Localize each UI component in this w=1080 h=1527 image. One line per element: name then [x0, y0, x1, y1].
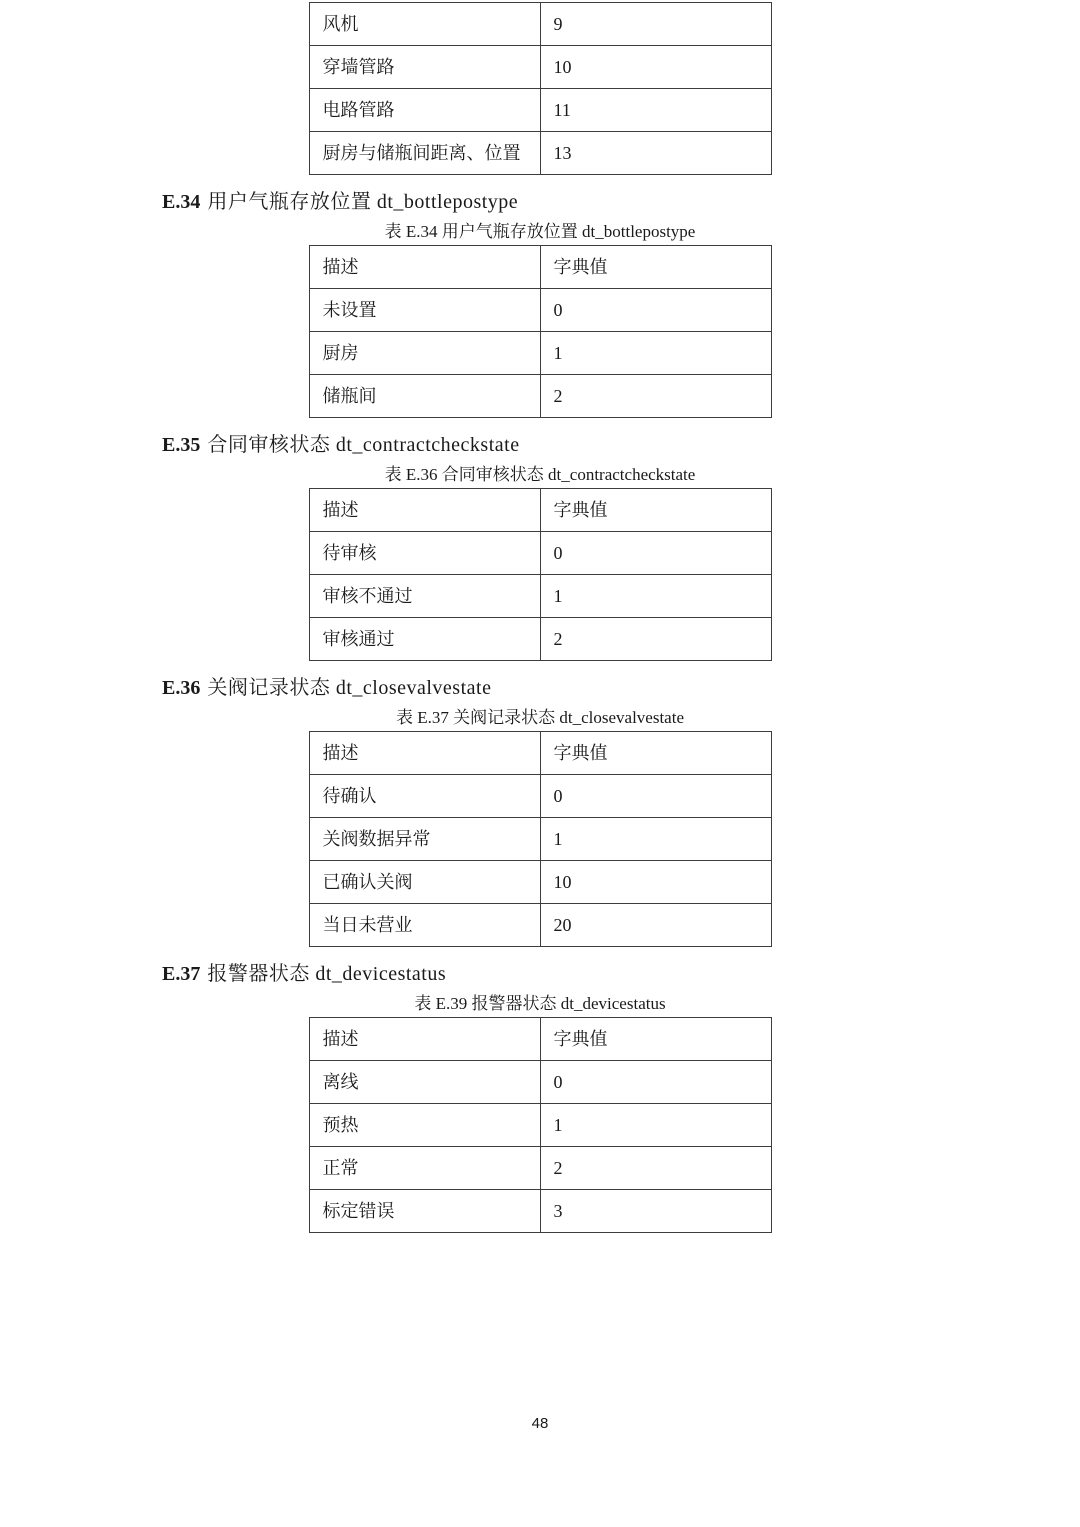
table-row: 正常 2 [309, 1147, 771, 1190]
value-cell: 0 [540, 1061, 771, 1104]
header-cell-value: 字典值 [540, 246, 771, 289]
value-cell: 1 [540, 1104, 771, 1147]
heading-number: E.37 [162, 963, 200, 985]
value-cell: 10 [540, 46, 771, 89]
table-caption: 表 E.36 合同审核状态 dt_contractcheckstate [0, 464, 1080, 486]
table-row: 已确认关阀 10 [309, 861, 771, 904]
header-cell-value: 字典值 [540, 732, 771, 775]
description-cell: 厨房 [309, 332, 540, 375]
section-e36: E.36关阀记录状态 dt_closevalvestate 表 E.37 关阀记… [0, 673, 1080, 947]
section-heading: E.34用户气瓶存放位置 dt_bottlepostype [162, 187, 1080, 217]
heading-number: E.36 [162, 677, 200, 699]
table-row: 关阀数据异常 1 [309, 818, 771, 861]
table-row: 厨房 1 [309, 332, 771, 375]
dictionary-table-e35: 描述 字典值 待审核 0 审核不通过 1 审核通过 2 [309, 488, 772, 661]
value-cell: 1 [540, 818, 771, 861]
dictionary-table-e34: 描述 字典值 未设置 0 厨房 1 储瓶间 2 [309, 245, 772, 418]
table-caption: 表 E.34 用户气瓶存放位置 dt_bottlepostype [0, 221, 1080, 243]
table-row: 审核通过 2 [309, 618, 771, 661]
value-cell: 1 [540, 575, 771, 618]
heading-text: 报警器状态 dt_devicestatus [207, 963, 446, 985]
header-cell-value: 字典值 [540, 1018, 771, 1061]
header-cell-description: 描述 [309, 246, 540, 289]
table-row: 预热 1 [309, 1104, 771, 1147]
header-cell-description: 描述 [309, 732, 540, 775]
value-cell: 0 [540, 532, 771, 575]
value-cell: 2 [540, 375, 771, 418]
table-row: 电路管路 11 [309, 89, 771, 132]
section-heading: E.37报警器状态 dt_devicestatus [162, 959, 1080, 989]
table-row: 厨房与储瓶间距离、位置 13 [309, 132, 771, 175]
description-cell: 审核通过 [309, 618, 540, 661]
section-e35: E.35合同审核状态 dt_contractcheckstate 表 E.36 … [0, 430, 1080, 661]
description-cell: 审核不通过 [309, 575, 540, 618]
value-cell: 1 [540, 332, 771, 375]
value-cell: 0 [540, 289, 771, 332]
table-row: 未设置 0 [309, 289, 771, 332]
value-cell: 13 [540, 132, 771, 175]
description-cell: 当日未营业 [309, 904, 540, 947]
description-cell: 关阀数据异常 [309, 818, 540, 861]
value-cell: 2 [540, 1147, 771, 1190]
description-cell: 未设置 [309, 289, 540, 332]
header-cell-description: 描述 [309, 1018, 540, 1061]
heading-text: 关阀记录状态 dt_closevalvestate [207, 677, 491, 699]
value-cell: 9 [540, 3, 771, 46]
heading-number: E.34 [162, 191, 200, 213]
dictionary-table-e37: 描述 字典值 离线 0 预热 1 正常 2 标定错误 3 [309, 1017, 772, 1233]
value-cell: 3 [540, 1190, 771, 1233]
heading-number: E.35 [162, 434, 200, 456]
description-cell: 已确认关阀 [309, 861, 540, 904]
description-cell: 风机 [309, 3, 540, 46]
table-row: 标定错误 3 [309, 1190, 771, 1233]
table-caption: 表 E.37 关阀记录状态 dt_closevalvestate [0, 707, 1080, 729]
heading-text: 合同审核状态 dt_contractcheckstate [207, 434, 519, 456]
value-cell: 11 [540, 89, 771, 132]
section-heading: E.35合同审核状态 dt_contractcheckstate [162, 430, 1080, 460]
table-header-row: 描述 字典值 [309, 732, 771, 775]
description-cell: 电路管路 [309, 89, 540, 132]
section-heading: E.36关阀记录状态 dt_closevalvestate [162, 673, 1080, 703]
description-cell: 离线 [309, 1061, 540, 1104]
table-header-row: 描述 字典值 [309, 246, 771, 289]
table-row: 风机 9 [309, 3, 771, 46]
table-header-row: 描述 字典值 [309, 489, 771, 532]
description-cell: 厨房与储瓶间距离、位置 [309, 132, 540, 175]
header-cell-value: 字典值 [540, 489, 771, 532]
dictionary-table-e36: 描述 字典值 待确认 0 关阀数据异常 1 已确认关阀 10 当日未营业 20 [309, 731, 772, 947]
table-header-row: 描述 字典值 [309, 1018, 771, 1061]
table-row: 待确认 0 [309, 775, 771, 818]
table-row: 离线 0 [309, 1061, 771, 1104]
description-cell: 穿墙管路 [309, 46, 540, 89]
section-e34: E.34用户气瓶存放位置 dt_bottlepostype 表 E.34 用户气… [0, 187, 1080, 418]
description-cell: 预热 [309, 1104, 540, 1147]
description-cell: 正常 [309, 1147, 540, 1190]
description-cell: 储瓶间 [309, 375, 540, 418]
header-cell-description: 描述 [309, 489, 540, 532]
value-cell: 10 [540, 861, 771, 904]
table-row: 待审核 0 [309, 532, 771, 575]
document-page: 风机 9 穿墙管路 10 电路管路 11 厨房与储瓶间距离、位置 13 E.34… [0, 0, 1080, 1527]
value-cell: 2 [540, 618, 771, 661]
description-cell: 待审核 [309, 532, 540, 575]
table-row: 审核不通过 1 [309, 575, 771, 618]
section-continued-table: 风机 9 穿墙管路 10 电路管路 11 厨房与储瓶间距离、位置 13 [0, 2, 1080, 175]
page-number: 48 [0, 1415, 1080, 1432]
description-cell: 待确认 [309, 775, 540, 818]
table-caption: 表 E.39 报警器状态 dt_devicestatus [0, 993, 1080, 1015]
value-cell: 20 [540, 904, 771, 947]
dictionary-table-continued: 风机 9 穿墙管路 10 电路管路 11 厨房与储瓶间距离、位置 13 [309, 2, 772, 175]
table-row: 当日未营业 20 [309, 904, 771, 947]
description-cell: 标定错误 [309, 1190, 540, 1233]
section-e37: E.37报警器状态 dt_devicestatus 表 E.39 报警器状态 d… [0, 959, 1080, 1233]
table-row: 穿墙管路 10 [309, 46, 771, 89]
value-cell: 0 [540, 775, 771, 818]
heading-text: 用户气瓶存放位置 dt_bottlepostype [207, 191, 518, 213]
table-row: 储瓶间 2 [309, 375, 771, 418]
